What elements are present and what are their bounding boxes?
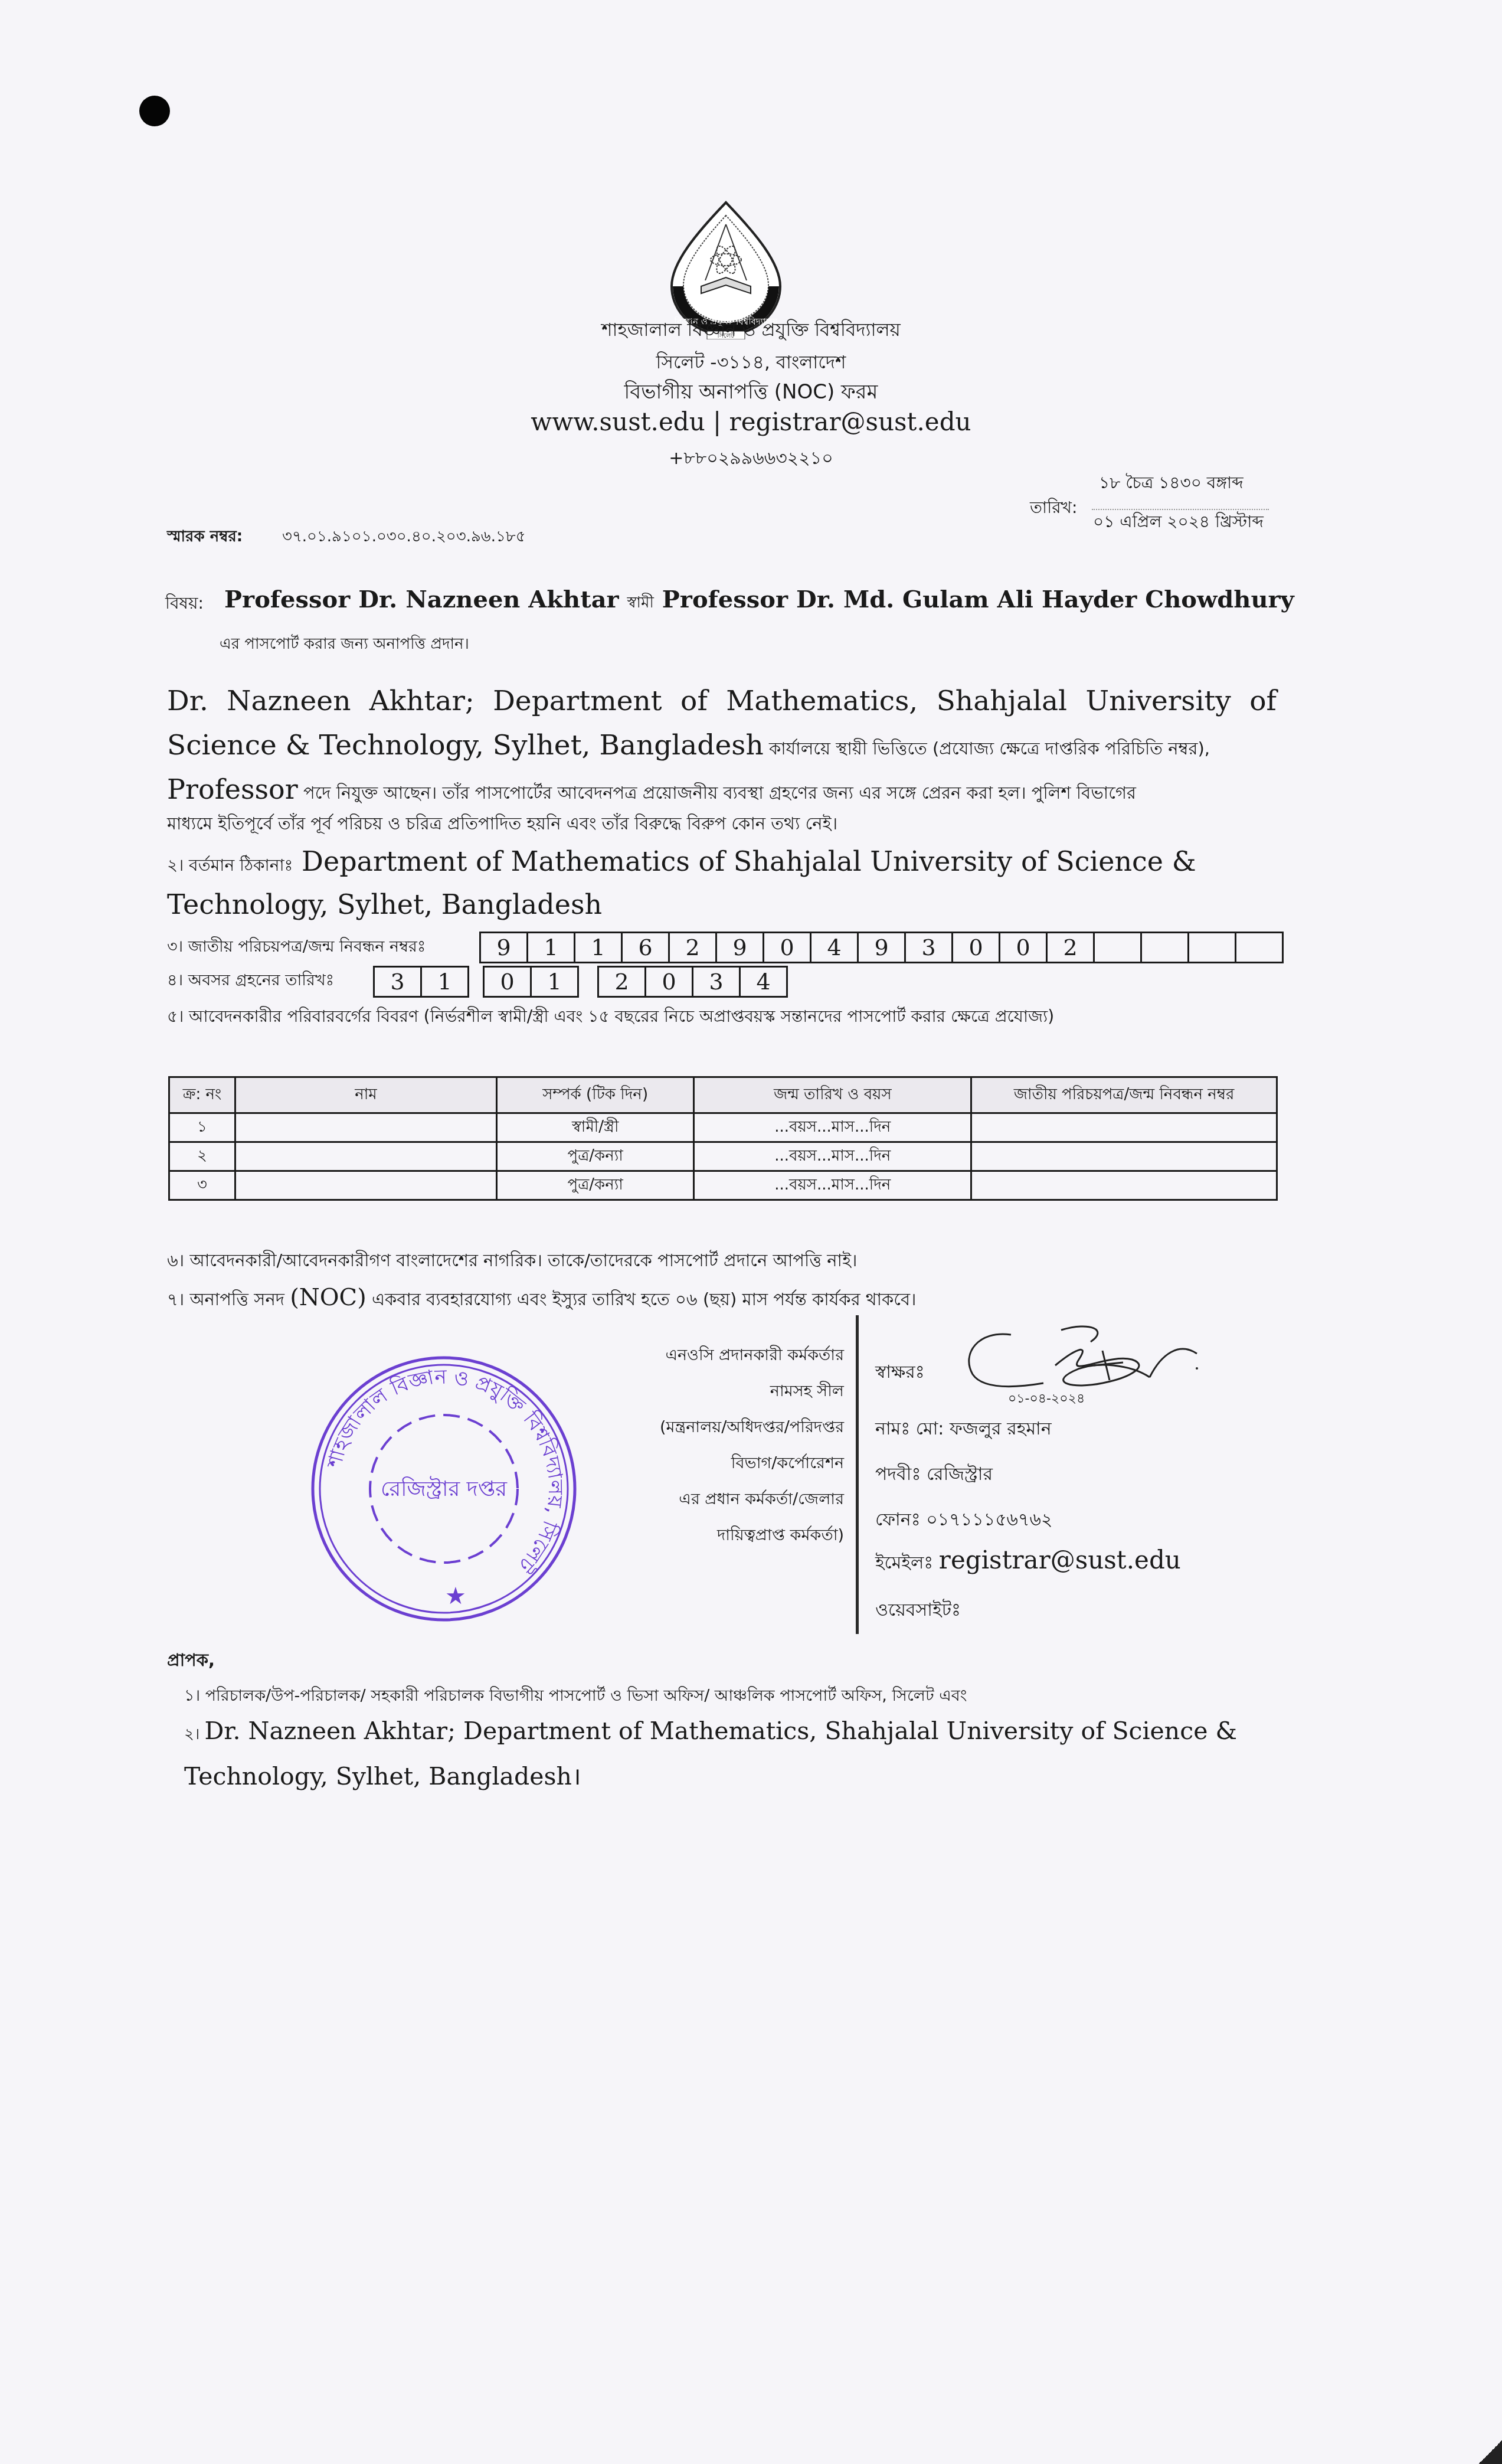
subject-person: Professor Dr. Nazneen Akhtar [224, 586, 619, 613]
signature-label: স্বাক্ষরঃ [875, 1358, 925, 1388]
signatory-website: ওয়েবসাইটঃ [875, 1596, 961, 1626]
table-row: ১ স্বামী/স্ত্রী ...বয়স...মাস...দিন [169, 1113, 1277, 1142]
table-header-row: ক্র: নং নাম সম্পর্ক (টিক দিন) জন্ম তারিখ… [169, 1077, 1277, 1113]
cell-name [235, 1113, 497, 1142]
name-label: নামঃ [875, 1419, 910, 1439]
university-name: শাহজালাল বিজ্ঞান ও প্রযুক্তি বিশ্ববিদ্যা… [0, 316, 1502, 347]
digit-box: 1 [422, 966, 469, 998]
subject-spouse: Professor Dr. Md. Gulam Ali Hayder Chowd… [662, 586, 1294, 613]
family-details-label: ৫। আবেদনকারীর পরিবারবর্গের বিবরণ (নির্ভর… [167, 1004, 1054, 1031]
digit-box: 0 [646, 966, 693, 998]
digit-box: 0 [764, 932, 811, 963]
digit-box: 6 [623, 932, 670, 963]
email-value: registrar@sust.edu [939, 1545, 1181, 1574]
caption-line: বিভাগ/কর্পোরেশন [578, 1445, 844, 1481]
cell-nid [971, 1171, 1277, 1200]
form-title: বিভাগীয় অনাপত্তি (NOC) ফরম [0, 377, 1502, 410]
table-row: ৩ পুত্র/কন্যা ...বয়স...মাস...দিন [169, 1171, 1277, 1200]
retirement-year-boxes: 2034 [597, 966, 788, 998]
col-relation: সম্পর্ক (টিক দিন) [496, 1077, 694, 1113]
address-value-1: Department of Mathematics of Shahjalal U… [302, 845, 1196, 877]
nid-label: ৩। জাতীয় পরিচয়পত্র/জন্ম নিবন্ধন নম্বরঃ [167, 934, 426, 961]
subject-line2: এর পাসপোর্ট করার জন্য অনাপত্তি প্রদান। [220, 632, 469, 658]
digit-box: 0 [1000, 932, 1048, 963]
web-email-line: www.sust.edu | registrar@sust.edu [0, 407, 1502, 436]
email-label: ইমেইলঃ [875, 1553, 933, 1573]
body-line-3-en: Professor [167, 773, 298, 805]
cell-serial: ১ [169, 1113, 235, 1142]
phone-value: ০১৭১১১৫৬৭৬২ [926, 1509, 1052, 1530]
website-label: ওয়েবসাইটঃ [875, 1600, 961, 1620]
cell-relation: পুত্র/কন্যা [496, 1142, 694, 1171]
punch-hole-mark [139, 96, 170, 126]
digit-box: 3 [373, 966, 422, 998]
recipient-2-number: ২। [184, 1726, 204, 1743]
recipients-label: প্রাপক, [167, 1647, 215, 1676]
caption-line: (মন্ত্রনালয়/অধিদপ্তর/পরিদপ্তর [578, 1409, 844, 1445]
digit-box: 1 [532, 966, 579, 998]
phone-label: ফোনঃ [875, 1509, 921, 1530]
body-line-1: Dr. Nazneen Akhtar; Department of Mathem… [167, 685, 1277, 717]
registrar-office-stamp: শাহজালাল বিজ্ঞান ও প্রযুক্তি বিশ্ববিদ্যা… [308, 1353, 580, 1625]
memo-number: ৩৭.০১.৯১০১.০৩০.৪০.২০৩.৯৬.১৮৫ [282, 524, 526, 550]
validity-prefix: ৭। অনাপত্তি সনদ [167, 1289, 290, 1309]
digit-box: 0 [483, 966, 532, 998]
family-table: ক্র: নং নাম সম্পর্ক (টিক দিন) জন্ম তারিখ… [168, 1076, 1278, 1201]
cell-name [235, 1142, 497, 1171]
recipient-2-line2: Technology, Sylhet, Bangladesh। [184, 1759, 581, 1792]
digit-box: 0 [953, 932, 1000, 963]
signatory-phone: ফোনঃ ০১৭১১১৫৬৭৬২ [875, 1505, 1053, 1535]
cell-serial: ৩ [169, 1171, 235, 1200]
retirement-month-boxes: 01 [483, 966, 579, 998]
digit-box: 4 [811, 932, 859, 963]
col-nid: জাতীয় পরিচয়পত্র/জন্ম নিবন্ধন নম্বর [971, 1077, 1277, 1113]
address-line-1: ২। বর্তমান ঠিকানাঃ Department of Mathema… [167, 845, 1196, 880]
page-corner-shadow [1478, 2440, 1502, 2464]
bangla-date: ১৮ চৈত্র ১৪৩০ বঙ্গাব্দ [1099, 470, 1244, 498]
english-date: ০১ এপ্রিল ২০২৪ খ্রিস্টাব্দ [1093, 509, 1264, 537]
digit-box [1142, 932, 1189, 963]
digit-box: 2 [1048, 932, 1095, 963]
col-serial: ক্র: নং [169, 1077, 235, 1113]
cell-dob: ...বয়স...মাস...দিন [694, 1113, 971, 1142]
validity-suffix: একবার ব্যবহারযোগ্য এবং ইস্যুর তারিখ হতে … [366, 1289, 917, 1309]
star-icon: ★ [445, 1583, 466, 1610]
svg-text:শাহজালাল বিজ্ঞান ও প্রযুক্তি ব: শাহজালাল বিজ্ঞান ও প্রযুক্তি বিশ্ববিদ্যা… [322, 1365, 567, 1577]
digit-box: 2 [597, 966, 646, 998]
digit-box: 4 [741, 966, 788, 998]
signatory-post: পদবীঃ রেজিস্ট্রার [875, 1460, 993, 1490]
cell-relation: স্বামী/স্ত্রী [496, 1113, 694, 1142]
digit-box [1189, 932, 1236, 963]
retirement-day-boxes: 31 [373, 966, 469, 998]
date-label: তারিখ: [1030, 495, 1077, 522]
digit-box: 1 [528, 932, 575, 963]
university-address: সিলেট -৩১১৪, বাংলাদেশ [0, 348, 1502, 379]
body-line-3-bn: পদে নিযুক্ত আছেন। তাঁর পাসপোর্টের আবেদনপ… [298, 783, 1136, 803]
cell-relation: পুত্র/কন্যা [496, 1171, 694, 1200]
caption-line: এর প্রধান কর্মকর্তা/জেলার [578, 1481, 844, 1517]
body-line-2: Science & Technology, Sylhet, Bangladesh… [167, 729, 1277, 764]
address-label: ২। বর্তমান ঠিকানাঃ [167, 855, 293, 875]
cell-dob: ...বয়স...মাস...দিন [694, 1142, 971, 1171]
signature-date: ০১-০৪-২০২৪ [1008, 1388, 1085, 1410]
table-row: ২ পুত্র/কন্যা ...বয়স...মাস...দিন [169, 1142, 1277, 1171]
memo-label: স্মারক নম্বর: [167, 524, 243, 550]
digit-box: 9 [859, 932, 906, 963]
nid-digit-boxes: 9116290493002 [479, 932, 1284, 963]
subject-text: Professor Dr. Nazneen Akhtar স্বামী Prof… [224, 586, 1294, 616]
body-line-3: Professor পদে নিযুক্ত আছেন। তাঁর পাসপোর্… [167, 773, 1277, 809]
recipient-1: ১। পরিচালক/উপ-পরিচালক/ সহকারী পরিচালক বি… [184, 1684, 967, 1710]
digit-box: 9 [479, 932, 528, 963]
caption-line: নামসহ সীল [578, 1373, 844, 1409]
digit-box: 3 [693, 966, 741, 998]
digit-box [1095, 932, 1142, 963]
subject-relation: স্বামী [627, 594, 654, 612]
digit-box: 3 [906, 932, 953, 963]
signatory-email: ইমেইলঃ registrar@sust.edu [875, 1545, 1181, 1579]
col-dob-age: জন্ম তারিখ ও বয়স [694, 1077, 971, 1113]
signatory-name: নামঃ মো: ফজলুর রহমান [875, 1414, 1052, 1445]
cell-dob: ...বয়স...মাস...দিন [694, 1171, 971, 1200]
digit-box: 2 [670, 932, 717, 963]
signature-icon [955, 1318, 1226, 1401]
digit-box [1236, 932, 1284, 963]
cell-nid [971, 1142, 1277, 1171]
validity-statement: ৭। অনাপত্তি সনদ (NOC) একবার ব্যবহারযোগ্য… [167, 1284, 916, 1315]
post-value: রেজিস্ট্রার [927, 1464, 993, 1485]
body-line-4: মাধ্যমে ইতিপূর্বে তাঁর পূর্ব পরিচয় ও চর… [167, 811, 1277, 839]
digit-box: 9 [717, 932, 764, 963]
subject-label: বিষয়: [165, 590, 204, 618]
svg-text:রেজিস্ট্রার দপ্তর: রেজিস্ট্রার দপ্তর [381, 1476, 508, 1501]
caption-line: দায়িত্বপ্রাপ্ত কর্মকর্তা) [578, 1517, 844, 1553]
col-name: নাম [235, 1077, 497, 1113]
body-line-2-en: Science & Technology, Sylhet, Bangladesh [167, 729, 764, 762]
validity-noc: (NOC) [290, 1284, 366, 1311]
signature-divider [856, 1315, 859, 1634]
caption-line: এনওসি প্রদানকারী কর্মকর্তার [578, 1337, 844, 1373]
retirement-label: ৪। অবসর গ্রহনের তারিখঃ [167, 968, 334, 995]
name-value: মো: ফজলুর রহমান [916, 1419, 1052, 1439]
cell-name [235, 1171, 497, 1200]
citizenship-statement: ৬। আবেদনকারী/আবেদনকারীগণ বাংলাদেশের নাগর… [167, 1247, 857, 1276]
cell-nid [971, 1113, 1277, 1142]
post-label: পদবীঃ [875, 1464, 921, 1485]
recipient-2: ২। Dr. Nazneen Akhtar; Department of Mat… [184, 1717, 1237, 1748]
header-phone: +৮৮০২৯৯৬৬৩২২১০ [0, 444, 1502, 474]
address-line-2: Technology, Sylhet, Bangladesh [167, 888, 602, 920]
recipient-2-line1: Dr. Nazneen Akhtar; Department of Mathem… [204, 1717, 1237, 1745]
issuing-officer-caption: এনওসি প্রদানকারী কর্মকর্তার নামসহ সীল (ম… [578, 1337, 844, 1553]
body-line-2-bn: কার্যালয়ে স্থায়ী ভিত্তিতে (প্রযোজ্য ক্… [764, 738, 1210, 759]
digit-box: 1 [575, 932, 623, 963]
cell-serial: ২ [169, 1142, 235, 1171]
